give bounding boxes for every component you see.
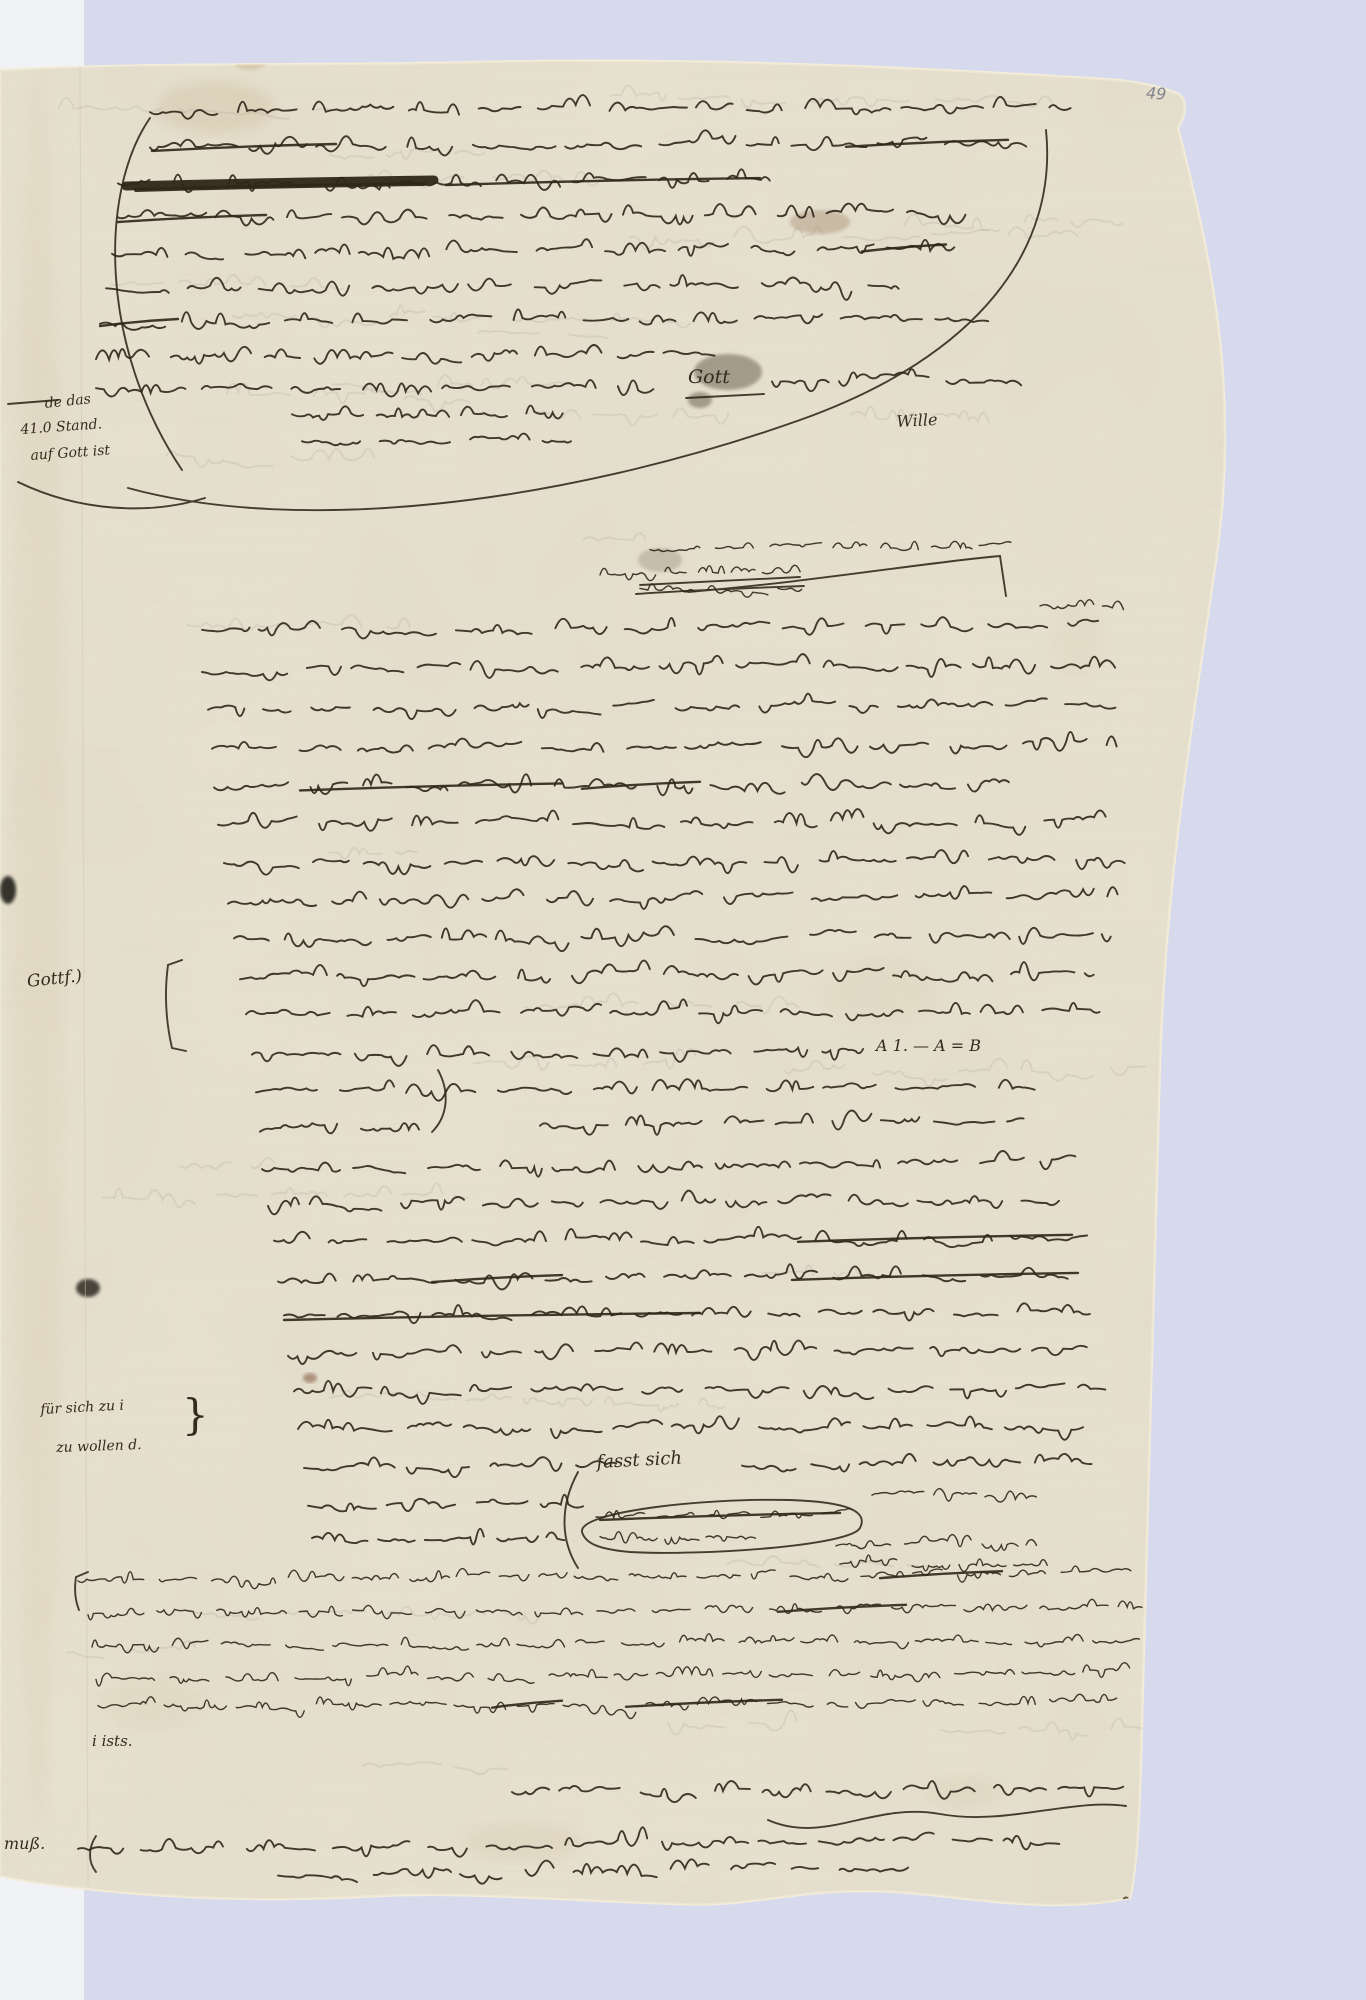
manuscript-scan (0, 0, 1366, 2000)
scanned-manuscript-page: 49 de das 41.0 Stand. auf Gott ist Wille… (0, 0, 1366, 2000)
margin-brace: } (182, 1390, 209, 1439)
note-i-ists: i ists. (92, 1732, 133, 1750)
word-fasst-sich: fasst sich (596, 1448, 682, 1473)
word-wille: Wille (896, 410, 938, 431)
page-number: 49 (1145, 83, 1167, 103)
note-muss: muß. (4, 1834, 45, 1853)
word-gott: Gott (688, 366, 730, 388)
margin-note-zu-wollen: zu wollen d. (56, 1437, 142, 1456)
formula-a-equals-b: A 1. — A = B (876, 1036, 981, 1055)
